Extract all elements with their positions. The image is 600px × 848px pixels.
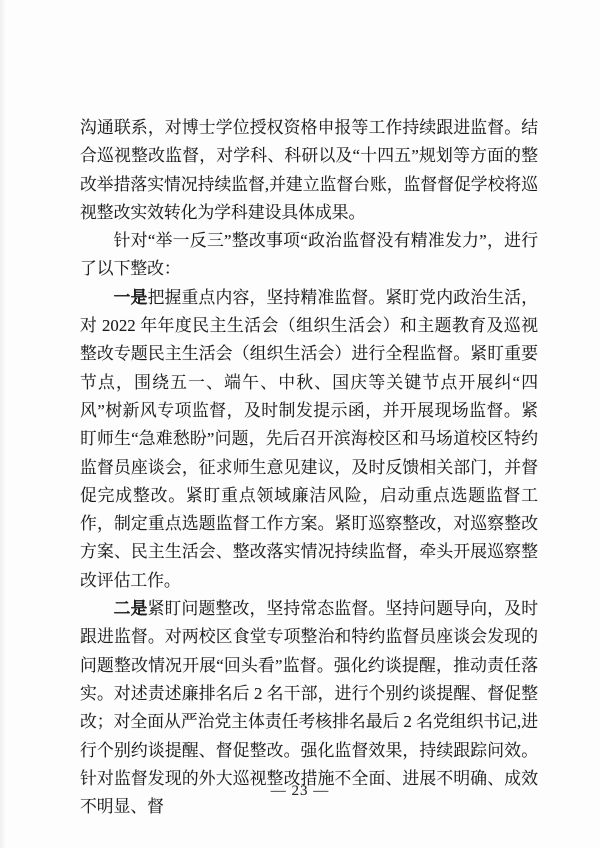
page-number: — 23 — — [0, 783, 600, 800]
paragraph-lead: 一是 — [114, 288, 148, 307]
paragraph: 沟通联系，对博士学位授权资格申报等工作持续跟进监督。结合巡视整改监督，对学科、科… — [80, 114, 538, 227]
paragraph-text: 把握重点内容，坚持精准监督。紧盯党内政治生活，对 2022 年年度民主生活会（组… — [80, 288, 538, 590]
paragraph-text: 沟通联系，对博士学位授权资格申报等工作持续跟进监督。结合巡视整改监督，对学科、科… — [80, 118, 538, 222]
scan-edge-shadow — [0, 0, 6, 848]
paragraph-lead: 二是 — [114, 599, 148, 618]
paragraph: 一是把握重点内容，坚持精准监督。紧盯党内政治生活，对 2022 年年度民主生活会… — [80, 284, 538, 595]
document-body: 沟通联系，对博士学位授权资格申报等工作持续跟进监督。结合巡视整改监督，对学科、科… — [80, 114, 538, 821]
document-page: 沟通联系，对博士学位授权资格申报等工作持续跟进监督。结合巡视整改监督，对学科、科… — [0, 0, 600, 848]
paragraph: 针对“举一反三”整改事项“政治监督没有精准发力”，进行了以下整改： — [80, 227, 538, 284]
paragraph-text: 针对“举一反三”整改事项“政治监督没有精准发力”，进行了以下整改： — [80, 231, 538, 278]
